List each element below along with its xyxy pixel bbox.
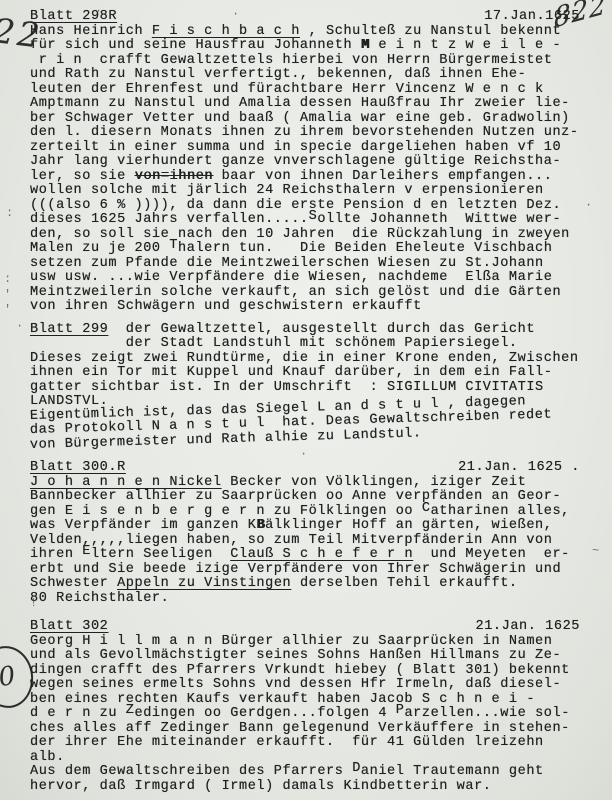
text-segment: ollte Johanneth Wittwe wer- [317,212,561,227]
text-segment: Dieses zeigt zwei Rundtürme, die in eine… [30,351,579,366]
text-line: der ihrer Ehe miteinander erkaufft. für … [30,736,586,751]
text-line: Blatt 299 der Gewaltzettel, ausgestellt … [30,323,586,338]
text-segment: S [309,209,318,224]
text-segment: zerteilt in einer summa und in specie da… [30,140,561,155]
text-line: ler, so sie von=ihnen baar von ihnen Dar… [30,170,586,185]
text-line: ches alles aff Zedinger Bann gelegenund … [30,722,586,737]
text-segment: r i n crafft Gewaltzettels hierbei von H… [30,53,552,68]
text-line: Malen zu je 200 Thalern tun. Die Beiden … [30,242,586,257]
text-segment: , Schulteß zu Nanstul bekennt [300,24,561,39]
record-block: Blatt 299 der Gewaltzettel, ausgestellt … [30,323,586,454]
underlined-name: Blatt 299 [30,322,108,337]
text-line: ber Schwager Vetter und baaß ( Amalia wa… [30,112,586,127]
text-segment: 80 Reichsthaler. [30,591,169,606]
text-line: Dieses zeigt zwei Rundtürme, die in eine… [30,352,586,367]
text-segment: edingen oo Gerdgen...folgen 4 [135,706,396,721]
text-segment: und Meyeten er- [413,547,570,562]
text-segment: derselben Tehil erkaufft. [291,576,517,591]
scan-artifact-mark: ~ [592,544,599,558]
text-segment: von ihren Schwägern und geschwistern erk… [30,299,422,314]
text-line: Amptmann zu Nanstul und Amalia dessen Ha… [30,97,586,112]
text-line: für sich und seine Hausfrau Johanneth M … [30,39,586,54]
scan-artifact-mark: · [232,7,239,21]
text-segment: Georg H i l l m a n n Bürger allhier zu … [30,634,552,649]
text-segment: erbt und Sie beede izige Verpfändere von… [30,562,561,577]
text-segment: e i n t z w e i l e - [370,38,562,53]
text-segment: halern tun. Die Beiden Eheleute Vischbac… [178,241,552,256]
text-segment: (((also 6 % )))), da dann die erste Pens… [30,198,561,213]
scanned-document-page: 22 822 0 Blatt 298R17.Jan.1625Hans Heinr… [0,0,612,800]
text-segment: arzellen...wie sol- [404,706,569,721]
text-line: Aus dem Gewaltschreiben des Pfarrers Dan… [30,765,586,780]
text-segment: den l. diesern Monats ihnen zu ihrem bev… [30,125,579,140]
scan-artifact-mark: : [6,206,13,220]
text-segment: Z [126,703,135,718]
text-segment: P [396,703,405,718]
text-segment: ler, so sie [30,169,135,184]
text-segment: dingen crafft des Pfarrers Vrkundt hiebe… [30,663,570,678]
text-line: ben eines rechten Kaufs verkauft haben J… [30,693,586,708]
text-line: d e r n zu Zedingen oo Gerdgen...folgen … [30,707,586,722]
text-line: Meintzweilerin solche verkauft, an sich … [30,286,586,301]
text-segment: gen E i s e n b e r g e r n zu Fölklinge… [30,504,422,519]
text-segment: D [352,761,361,776]
record-block: Blatt 300.R21.Jan. 1625 .J o h a n n e n… [30,461,586,606]
text-line: und Rath zu Nanstul verfertigt., bekenne… [30,68,586,83]
text-segment: d e r n zu [30,706,126,721]
text-line: der Stadt Landstuhl mit schönem Papiersi… [30,337,586,352]
text-segment: den, so soll sie nach den 10 Jahren die … [30,227,570,242]
text-line: Velden,,,,,liegen haben, so zum Teil Mit… [30,534,586,549]
text-line: Georg H i l l m a n n Bürger allhier zu … [30,635,586,650]
text-line: hervor, daß Irmgard ( Irmel) damals Kind… [30,780,586,795]
record-heading: Blatt 300.R [30,460,126,475]
text-segment: ben eines rechten Kaufs verkauft haben J… [30,692,535,707]
struck-text: von=ihnen [135,169,213,184]
underlined-name: F i s c h b a c h [152,24,300,39]
handwritten-circle-digit: 0 [0,661,17,693]
text-segment: C [422,501,431,516]
underlined-name: Clauß S c h e f e r n [230,547,413,562]
text-segment: ches alles aff Zedinger Bann gelegenund … [30,721,570,736]
text-segment: hervor, daß Irmgard ( Irmel) damals Kind… [30,779,492,794]
scan-artifact-mark: ! [30,596,37,610]
text-line: ihnen ein Tor mit Kuppel und Knauf darüb… [30,366,586,381]
record-heading-line: Blatt 298R17.Jan.1625 [30,10,586,25]
text-line: usw usw. ...wie Verpfändere die Wiesen, … [30,271,586,286]
text-line: wollen solche mit järlich 24 Reichsthale… [30,184,586,199]
text-line: und als Gevollmächstigter seines Sohns H… [30,649,586,664]
text-segment: atharinen alles, [431,504,570,519]
text-segment: ihren [30,547,82,562]
text-segment: der Gewaltzettel, ausgestellt durch das … [108,322,535,337]
text-segment: gatter sichtbar ist. In der Umschrift : … [30,380,544,395]
record-block: Blatt 298R17.Jan.1625Hans Heinrich F i s… [30,10,586,315]
underlined-name: Appeln zu Vinstingen [117,576,291,591]
text-line: erbt und Sie beede izige Verpfändere von… [30,563,586,578]
text-segment: ihnen ein Tor mit Kuppel und Knauf darüb… [30,365,552,380]
text-segment: T [169,238,178,253]
text-segment: was Verpfänder im ganzen K [30,518,256,533]
text-segment: baar von ihnen Darleihers empfangen... [213,169,553,184]
text-line: Schwester Appeln zu Vinstingen derselben… [30,577,586,592]
text-line: ihren Eltern Seeligen Clauß S c h e f e … [30,548,586,563]
text-segment: und als Gevollmächstigter seines Sohns H… [30,648,561,663]
text-line: den, so soll sie nach den 10 Jahren die … [30,228,586,243]
text-segment: Aus dem Gewaltschreiben des Pfarrers [30,764,352,779]
text-line: von ihren Schwägern und geschwistern erk… [30,300,586,315]
scan-artifact-mark: ' [4,288,11,302]
text-line: zerteilt in einer summa und in specie da… [30,141,586,156]
text-segment: dieses 1625 Jahrs verfallen..... [30,212,309,227]
text-line: Jahr lang vierhundert ganze vnverschlage… [30,155,586,170]
text-segment: Meintzweilerin solche verkauft, an sich … [30,285,561,300]
text-segment: ltern Seeligen [91,547,230,562]
text-segment: Bannbecker allhier zu Saarprücken oo Ann… [30,489,561,504]
scan-artifact-mark: · [585,198,592,212]
text-line: 80 Reichsthaler. [30,592,586,607]
text-segment: E [82,544,91,559]
text-segment: leuten der Ehrenfest und fürachtbare Her… [30,82,544,97]
text-segment: Schwester [30,576,117,591]
text-segment: Malen zu je 200 [30,241,169,256]
text-line: dingen crafft des Pfarrers Vrkundt hiebe… [30,664,586,679]
record-heading-line: Blatt 30221.Jan. 1625 [30,620,586,635]
record-heading-line: Blatt 300.R21.Jan. 1625 . [30,461,586,476]
record-date: 21.Jan. 1625 . [458,461,580,476]
document-body: Blatt 298R17.Jan.1625Hans Heinrich F i s… [30,10,586,794]
text-segment: wollen solche mit järlich 24 Reichsthale… [30,183,544,198]
text-segment: alb. [30,750,65,765]
text-segment: für sich und seine Hausfrau Johanneth [30,38,361,53]
text-segment: Jahr lang vierhundert ganze vnverschlage… [30,154,561,169]
text-segment: aniel Trautemann geht [361,764,544,779]
text-segment: älklinger Hoff an gärten, wießen, [265,518,552,533]
text-segment: der ihrer Ehe miteinander erkaufft. für … [30,735,544,750]
text-segment: wegen seines ermelts Sohns vnd dessen Hf… [30,677,561,692]
text-line: (((also 6 % )))), da dann die erste Pens… [30,199,586,214]
text-line: gen E i s e n b e r g e r n zu Fölklinge… [30,505,586,520]
underlined-name: J o h a n n e n Nickel [30,475,222,490]
text-segment: ber Schwager Vetter und baaß ( Amalia wa… [30,111,570,126]
text-segment: Velden,,,,,liegen haben, so zum Teil Mit… [30,533,552,548]
text-line: J o h a n n e n Nickel Becker von Völkli… [30,476,586,491]
text-segment: usw usw. ...wie Verpfändere die Wiesen, … [30,270,552,285]
record-date: 21.Jan. 1625 [476,620,581,635]
text-segment: Hans Heinrich [30,24,152,39]
scan-artifact-mark: · [300,447,307,461]
text-line: leuten der Ehrenfest und fürachtbare Her… [30,83,586,98]
text-line: dieses 1625 Jahrs verfallen.....Sollte J… [30,213,586,228]
scan-artifact-mark: : [4,272,11,286]
text-line: Hans Heinrich F i s c h b a c h , Schult… [30,25,586,40]
text-line: wegen seines ermelts Sohns vnd dessen Hf… [30,678,586,693]
scan-artifact-mark: ' [4,303,11,317]
text-line: was Verpfänder im ganzen KBälklinger Hof… [30,519,586,534]
text-segment: Becker von Völklingen, iziger Zeit [222,475,527,490]
text-line: setzen zum Pfande die Meintzweilerschen … [30,257,586,272]
scan-artifact-mark: · [16,319,23,333]
record-date: 17.Jan.1625 [484,10,580,25]
text-segment: Amptmann zu Nanstul und Amalia dessen Ha… [30,96,570,111]
text-line: den l. diesern Monats ihnen zu ihrem bev… [30,126,586,141]
text-segment: setzen zum Pfande die Meintzweilerschen … [30,256,544,271]
record-block: Blatt 30221.Jan. 1625Georg H i l l m a n… [30,620,586,794]
text-segment: der Stadt Landstuhl mit schönem Papiersi… [30,336,518,351]
text-line: alb. [30,751,586,766]
record-heading: Blatt 302 [30,619,108,634]
scan-artifact-mark: · [95,4,102,18]
text-line: gatter sichtbar ist. In der Umschrift : … [30,381,586,396]
text-segment: B [256,518,265,533]
text-segment: M [361,38,370,53]
text-line: Bannbecker allhier zu Saarprücken oo Ann… [30,490,586,505]
text-line: r i n crafft Gewaltzettels hierbei von H… [30,54,586,69]
text-segment: und Rath zu Nanstul verfertigt., bekenne… [30,67,526,82]
record-heading: Blatt 298R [30,9,117,24]
